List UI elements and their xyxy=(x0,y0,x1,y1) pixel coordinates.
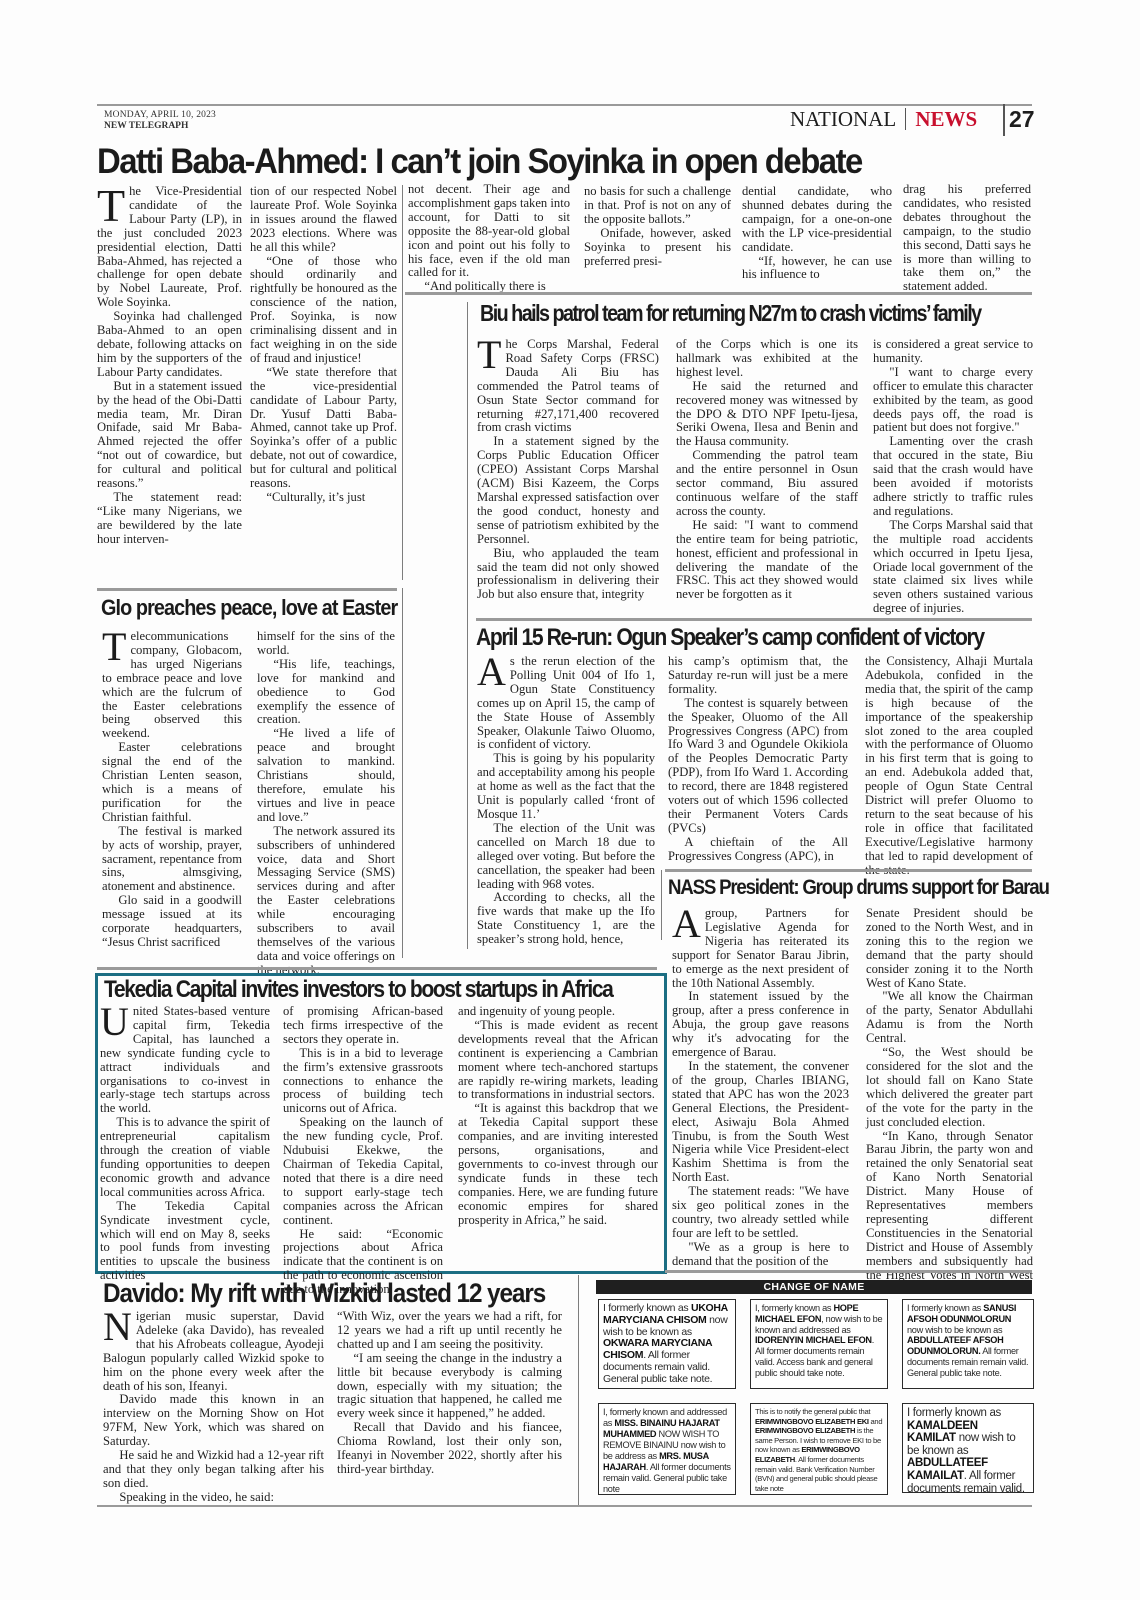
notice-text: I formerly known as xyxy=(907,1407,1001,1419)
newspaper-page: MONDAY, APRIL 10, 2023 NEW TELEGRAPH NAT… xyxy=(0,0,1140,1600)
column-rule xyxy=(467,302,468,949)
datti-column-1: T he Vice-Presidential candidate of the … xyxy=(97,185,242,547)
section-divider xyxy=(905,108,907,130)
notice-text: This is to notify the general public tha… xyxy=(755,1407,870,1416)
ogun-column-2: his camp’s optimism that, the Saturday r… xyxy=(668,655,848,864)
headline-glo: Glo preaches peace, love at Easter xyxy=(101,595,397,621)
name-change-notice: This is to notify the general public tha… xyxy=(750,1403,888,1495)
tekedia-column-2: of promising African-based tech firms ir… xyxy=(283,1005,443,1297)
change-of-name-header: CHANGE OF NAME xyxy=(596,1280,1032,1294)
tekedia-column-1: U nited States-based venture capital fir… xyxy=(100,1005,270,1283)
page-number-divider xyxy=(1003,104,1005,136)
column-rule xyxy=(402,185,403,580)
tekedia-column-3: and ingenuity of young people. “This is … xyxy=(458,1005,658,1228)
section-rule xyxy=(405,292,1032,295)
section-rule xyxy=(97,588,397,591)
section-rule xyxy=(665,1270,1032,1273)
dropcap: A xyxy=(477,657,506,687)
column-rule xyxy=(578,1275,579,1507)
dropcap: U xyxy=(100,1007,129,1037)
headline-ogun: April 15 Re-run: Ogun Speaker’s camp con… xyxy=(476,624,984,652)
name-change-notice: I, formerly known and addressed as MISS.… xyxy=(598,1403,736,1495)
notice-text: now wish to be known as xyxy=(907,1325,1002,1335)
section-label: NATIONAL NEWS xyxy=(790,107,977,132)
datti-column-5: dential candidate, who shunned debates d… xyxy=(742,185,892,282)
notice-text: I, formerly known as xyxy=(755,1303,833,1313)
column-rule xyxy=(402,588,403,958)
notice-name: ERIMWINGBOVO ELIZABETH xyxy=(755,1426,855,1435)
biu-column-2: of the Corps which is one its hallmark w… xyxy=(676,338,858,602)
name-change-notice: I formerly known as SANUSI AFSOH ODUNMOL… xyxy=(902,1299,1034,1389)
headline-datti: Datti Baba-Ahmed: I can’t join Soyinka i… xyxy=(97,142,862,182)
davido-column-1: N igerian music superstar, David Adeleke… xyxy=(103,1310,324,1505)
nass-column-2: Senate President should be zoned to the … xyxy=(866,907,1033,1296)
headline-tekedia: Tekedia Capital invites investors to boo… xyxy=(104,976,613,1004)
section-rule xyxy=(665,869,1032,872)
issue-date: MONDAY, APRIL 10, 2023 xyxy=(104,110,216,120)
name-change-notice: I formerly known as KAMALDEEN KAMILAT no… xyxy=(902,1403,1034,1493)
name-change-notice: I formerly known as UKOHA MARYCIANA CHIS… xyxy=(598,1299,736,1389)
dropcap: T xyxy=(102,632,126,662)
notice-text: and xyxy=(869,1417,883,1426)
ogun-column-1: A s the rerun election of the Polling Un… xyxy=(477,655,655,947)
ogun-column-3: the Consistency, Alhaji Murtala Adebukol… xyxy=(865,655,1033,878)
headline-nass: NASS President: Group drums support for … xyxy=(668,875,1049,900)
nass-column-1: A group, Partners for Legislative Agenda… xyxy=(672,907,849,1269)
dropcap: A xyxy=(672,909,701,939)
biu-column-3: is considered a great service to humanit… xyxy=(873,338,1033,616)
datti-column-3: not decent. Their age and accomplishment… xyxy=(408,183,570,294)
section-rule xyxy=(97,967,657,970)
glo-column-2: himself for the sins of the world. “His … xyxy=(257,630,395,978)
page-number: 27 xyxy=(1009,106,1035,133)
name-change-notice: I, formerly known as HOPE MICHAEL EFON, … xyxy=(750,1299,888,1389)
top-rule xyxy=(97,104,1032,106)
section-national: NATIONAL xyxy=(790,107,895,131)
notice-name: IDORENYIN MICHAEL EFON xyxy=(755,1335,872,1345)
datti-column-2: tion of our respected Nobel laureate Pro… xyxy=(250,185,397,505)
paper-name: NEW TELEGRAPH xyxy=(104,121,188,131)
datti-column-6: drag his preferred candidates, who resis… xyxy=(903,183,1031,294)
davido-column-2: “With Wiz, over the years we had a rift,… xyxy=(337,1310,562,1477)
notice-name: ERIMWINGBOVO ELIZABETH EKI xyxy=(755,1417,869,1426)
dropcap: N xyxy=(103,1312,132,1342)
headline-davido: Davido: My rift with Wizkid lasted 12 ye… xyxy=(103,1278,545,1309)
notice-text: I formerly known as xyxy=(907,1303,983,1313)
section-rule xyxy=(476,618,1032,621)
headline-biu: Biu hails patrol team for returning N27m… xyxy=(480,300,981,327)
column-rule xyxy=(661,870,662,940)
datti-column-4: no basis for such a challenge in that. P… xyxy=(584,185,731,268)
bottom-rule xyxy=(97,1505,1032,1507)
section-news: NEWS xyxy=(915,107,977,131)
glo-column-1: T elecommunications company, Globacom, h… xyxy=(102,630,242,950)
dropcap: T xyxy=(97,187,125,225)
notice-text: I formerly known as xyxy=(603,1302,691,1314)
dropcap: T xyxy=(477,340,501,370)
biu-column-1: T he Corps Marshal, Federal Road Safety … xyxy=(477,338,659,602)
